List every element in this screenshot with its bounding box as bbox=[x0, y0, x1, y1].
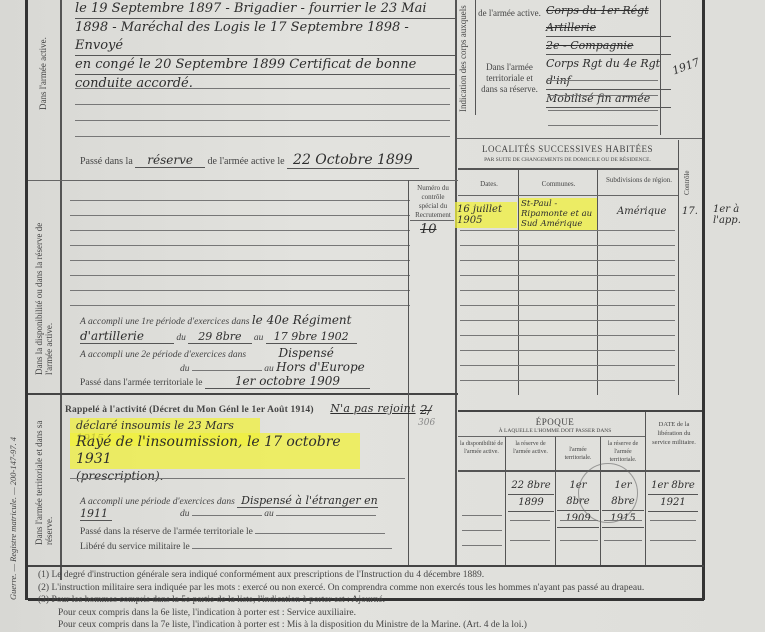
period-1-label: A accompli une 1re période d'exercices d… bbox=[80, 317, 249, 327]
ruled-line bbox=[462, 530, 502, 531]
epoque-col-4: la réserve de l'armée territoriale. bbox=[601, 440, 645, 464]
ruled-line bbox=[460, 275, 675, 276]
corps-entry-3: Corps Rgt du 4e Rgt d'inf bbox=[546, 55, 671, 90]
epoque-reserve-active-value: 22 8bre 1899 bbox=[508, 478, 554, 512]
period-2: A accompli une 2e période d'exercices da… bbox=[80, 346, 410, 360]
recall-label: Rappelé à l'activité (Décret du Mon Génl… bbox=[65, 405, 314, 415]
corps-side-label: Indication des corps auxquels bbox=[458, 5, 468, 112]
ruled-line bbox=[604, 520, 642, 521]
col-header-subdivisions: Subdivisions de région. bbox=[600, 176, 678, 184]
frame-left-border bbox=[25, 0, 28, 600]
epoque-subtitle: À LAQUELLE L'HOMME DOIT PASSER DANS bbox=[460, 428, 650, 434]
period-2-label: A accompli une 2e période d'exercices da… bbox=[80, 350, 246, 360]
locality-commune: St-Paul - Ripamonte et au Sud Amérique bbox=[519, 198, 597, 230]
footnote-2: (2) L'instruction militaire sera indiqué… bbox=[38, 582, 698, 595]
territorial-period-label: A accompli une période d'exercices dans bbox=[80, 497, 235, 507]
period-1-from: 29 8bre bbox=[188, 330, 251, 344]
epoque-header-divider bbox=[458, 470, 700, 472]
col-header-communes: Communes. bbox=[520, 180, 597, 188]
footnote-3: (3) Pour les hommes compris dans la 5e p… bbox=[38, 594, 698, 607]
corps-entries: Corps du 1er Régt Artillerie 2e - Compag… bbox=[546, 2, 671, 108]
ruled-line bbox=[70, 230, 410, 231]
reserve-territorial-line: Passé dans la réserve de l'armée territo… bbox=[80, 527, 385, 537]
liberated-label: Libéré du service militaire le bbox=[80, 542, 190, 552]
number-header: Numéro du contrôle spécial du Recrutemen… bbox=[412, 184, 454, 220]
ruled-line bbox=[560, 520, 598, 521]
localities-title: LOCALITÉS SUCCESSIVES HABITÉES bbox=[460, 144, 675, 154]
locality-subdivision: Amérique bbox=[617, 206, 666, 217]
liberated-line: Libéré du service militaire le bbox=[80, 542, 392, 552]
corps-active-label: de l'armée active. bbox=[477, 8, 542, 18]
territorial-period-to-blank bbox=[276, 515, 376, 516]
ruled-line bbox=[460, 350, 675, 351]
recall-note: N'a pas rejoint bbox=[316, 402, 415, 415]
localities-control-border bbox=[678, 140, 679, 395]
highlight-raye-line: Rayé de l'insoumission, le 17 octobre 19… bbox=[76, 434, 354, 468]
col-border-communes bbox=[597, 170, 598, 395]
label-availability: Dans la disponibilité ou dans la réserve… bbox=[34, 205, 54, 375]
territorial-line: Passé dans l'armée territoriale le 1er o… bbox=[80, 374, 410, 388]
ruled-line bbox=[75, 88, 450, 89]
ruled-line bbox=[462, 545, 502, 546]
epoque-col-1: la disponibilité de l'armée active. bbox=[458, 440, 505, 456]
liberation-date-value: 1er 8bre 1921 bbox=[648, 478, 698, 512]
register-page: Dans l'armée active. Dans la disponibili… bbox=[0, 0, 765, 632]
highlight-raye: Rayé de l'insoumission, le 17 octobre 19… bbox=[70, 433, 360, 469]
ruled-line bbox=[70, 215, 410, 216]
period-1-from-label: du bbox=[176, 333, 186, 343]
epoque-reserve-active-line1: 22 8bre bbox=[508, 478, 554, 495]
number-value: 10 bbox=[420, 222, 437, 237]
territorial-period-from-label: du bbox=[180, 509, 190, 519]
period-2-from-label: du bbox=[180, 364, 190, 374]
epoque-date-header: DATE de la libération du service militai… bbox=[648, 420, 700, 447]
footnote-1: (1) Le degré d'instruction générale sera… bbox=[38, 569, 698, 582]
reserve-line: Passé dans la réserve de l'armée active … bbox=[80, 152, 450, 168]
ruled-line bbox=[460, 305, 675, 306]
active-army-notes: le 19 Septembre 1897 - Brigadier - fourr… bbox=[75, 0, 455, 93]
footnote-5: Pour ceux compris dans la 7e liste, l'in… bbox=[38, 619, 698, 632]
ruled-line bbox=[650, 520, 696, 521]
ruled-line bbox=[70, 200, 410, 201]
side-number-2: 306 bbox=[418, 418, 435, 428]
label-territorial: Dans l'armée territoriale et dans sa rés… bbox=[34, 415, 54, 545]
epoque-reserve-active-line2: 1899 bbox=[508, 495, 554, 512]
territorial-line-date: 1er octobre 1909 bbox=[205, 374, 370, 389]
ruled-line bbox=[70, 260, 410, 261]
liberated-blank bbox=[192, 548, 392, 549]
ruled-line bbox=[70, 305, 410, 306]
corps-entry-2: 2e - Compagnie bbox=[546, 37, 671, 55]
epoque-col-border-1 bbox=[505, 437, 506, 565]
footnote-4: Pour ceux compris dans la 6e liste, l'in… bbox=[38, 607, 698, 620]
locality-margin-note: 1er à l'app. bbox=[713, 204, 765, 226]
epoque-title: ÉPOQUE bbox=[460, 417, 650, 427]
reserve-value: réserve bbox=[135, 153, 205, 168]
reserve-middle: de l'armée active le bbox=[208, 156, 285, 167]
ruled-line bbox=[460, 380, 675, 381]
reserve-territorial-blank bbox=[255, 533, 385, 534]
official-stamp bbox=[578, 463, 638, 523]
ruled-line bbox=[70, 245, 410, 246]
ruled-line bbox=[650, 540, 696, 541]
highlight-prescription-line: (prescription). bbox=[76, 468, 354, 485]
corps-territorial-label: Dans l'armée territoriale et dans sa rés… bbox=[477, 62, 542, 95]
ruled-line bbox=[70, 275, 410, 276]
number-header-divider bbox=[410, 220, 454, 221]
ruled-line bbox=[460, 365, 675, 366]
ruled-line bbox=[604, 540, 642, 541]
period-1-unit: le 40e Régiment bbox=[252, 313, 352, 327]
epoque-col-3: l'armée territoriale. bbox=[556, 446, 600, 462]
period-2-from-blank bbox=[192, 370, 262, 371]
label-active-army: Dans l'armée active. bbox=[38, 37, 48, 110]
period-2-value: Dispensé bbox=[249, 346, 334, 360]
corps-label-border bbox=[475, 0, 476, 115]
ruled-line bbox=[510, 540, 550, 541]
section-divider-1 bbox=[28, 180, 458, 181]
ruled-line bbox=[548, 95, 658, 96]
ruled-line bbox=[560, 540, 598, 541]
localities-subtitle: PAR SUITE DE CHANGEMENTS DE DOMICILE OU … bbox=[460, 157, 675, 163]
active-army-line-3: en congé le 20 Septembre 1899 Certificat… bbox=[75, 56, 455, 75]
corps-bottom-border bbox=[457, 138, 702, 139]
ruled-line bbox=[510, 520, 550, 521]
label-column-border bbox=[60, 0, 62, 580]
period-2-dates: du au Hors d'Europe bbox=[180, 360, 410, 374]
ruled-line bbox=[548, 125, 658, 126]
ruled-line bbox=[462, 515, 502, 516]
locality-region: 17. bbox=[682, 206, 698, 217]
side-number: 2/ bbox=[420, 403, 432, 417]
epoque-top-border bbox=[458, 410, 702, 412]
epoque-subtitle-divider bbox=[458, 436, 645, 437]
territorial-period-from-blank bbox=[192, 515, 262, 516]
period-1-unit-line2: d'artillerie bbox=[80, 329, 174, 344]
localities-header-divider bbox=[458, 195, 678, 196]
territorial-line-label: Passé dans l'armée territoriale le bbox=[80, 378, 203, 388]
corps-entry-4: Mobilisé fin armée bbox=[546, 90, 671, 108]
col-header-dates: Dates. bbox=[460, 180, 518, 188]
corps-entry-1: Corps du 1er Régt Artillerie bbox=[546, 2, 671, 37]
footnotes: (1) Le degré d'instruction générale sera… bbox=[38, 569, 698, 632]
section-divider-footer bbox=[28, 565, 704, 567]
territorial-period-to-label: au bbox=[264, 509, 274, 519]
period-2-to-label: au bbox=[264, 364, 274, 374]
epoque-date-border bbox=[645, 412, 646, 565]
period-1: A accompli une 1re période d'exercices d… bbox=[80, 313, 410, 327]
frame-right-border bbox=[702, 0, 705, 600]
period-2-to: Hors d'Europe bbox=[276, 360, 365, 374]
ruled-line bbox=[548, 80, 658, 81]
recall-line: Rappelé à l'activité (Décret du Mon Génl… bbox=[65, 402, 416, 415]
ruled-line bbox=[70, 478, 405, 479]
active-army-line-1: le 19 Septembre 1897 - Brigadier - fourr… bbox=[75, 0, 455, 19]
ruled-line bbox=[75, 136, 450, 137]
reserve-date: 22 Octobre 1899 bbox=[287, 152, 419, 169]
ruled-line bbox=[460, 245, 675, 246]
ruled-line bbox=[460, 230, 675, 231]
ruled-line bbox=[460, 260, 675, 261]
corps-margin-note: 1917 bbox=[671, 56, 702, 78]
liberation-date-line2: 1921 bbox=[648, 495, 698, 512]
localities-title-divider bbox=[458, 168, 678, 170]
ruled-line bbox=[460, 320, 675, 321]
section-divider-2 bbox=[28, 393, 458, 395]
period-1-dates: d'artillerie du 29 8bre au 17 9bre 1902 bbox=[80, 329, 410, 343]
ruled-line bbox=[75, 120, 450, 121]
ruled-line bbox=[70, 290, 410, 291]
epoque-col-2: la réserve de l'armée active. bbox=[506, 440, 555, 456]
ruled-line bbox=[460, 290, 675, 291]
reserve-territorial-label: Passé dans la réserve de l'armée territo… bbox=[80, 527, 253, 537]
liberation-date-line1: 1er 8bre bbox=[648, 478, 698, 495]
reserve-prefix: Passé dans la bbox=[80, 156, 133, 167]
localities-control-label: Contrôle bbox=[683, 171, 691, 196]
margin-imprint: Guerre. — Registre matricule. — 200-147-… bbox=[8, 437, 18, 600]
active-army-line-4: conduite accordé. bbox=[75, 75, 455, 93]
locality-date: 16 juillet 1905 bbox=[455, 202, 517, 228]
ruled-line bbox=[548, 110, 658, 111]
period-1-to-label: au bbox=[254, 333, 264, 343]
active-army-line-2: 1898 - Maréchal des Logis le 17 Septembr… bbox=[75, 19, 455, 56]
period-1-to: 17 9bre 1902 bbox=[266, 330, 357, 344]
territorial-period-dates: du au bbox=[180, 509, 410, 519]
ruled-line bbox=[75, 104, 450, 105]
ruled-line bbox=[460, 335, 675, 336]
middle-divider bbox=[455, 0, 457, 565]
